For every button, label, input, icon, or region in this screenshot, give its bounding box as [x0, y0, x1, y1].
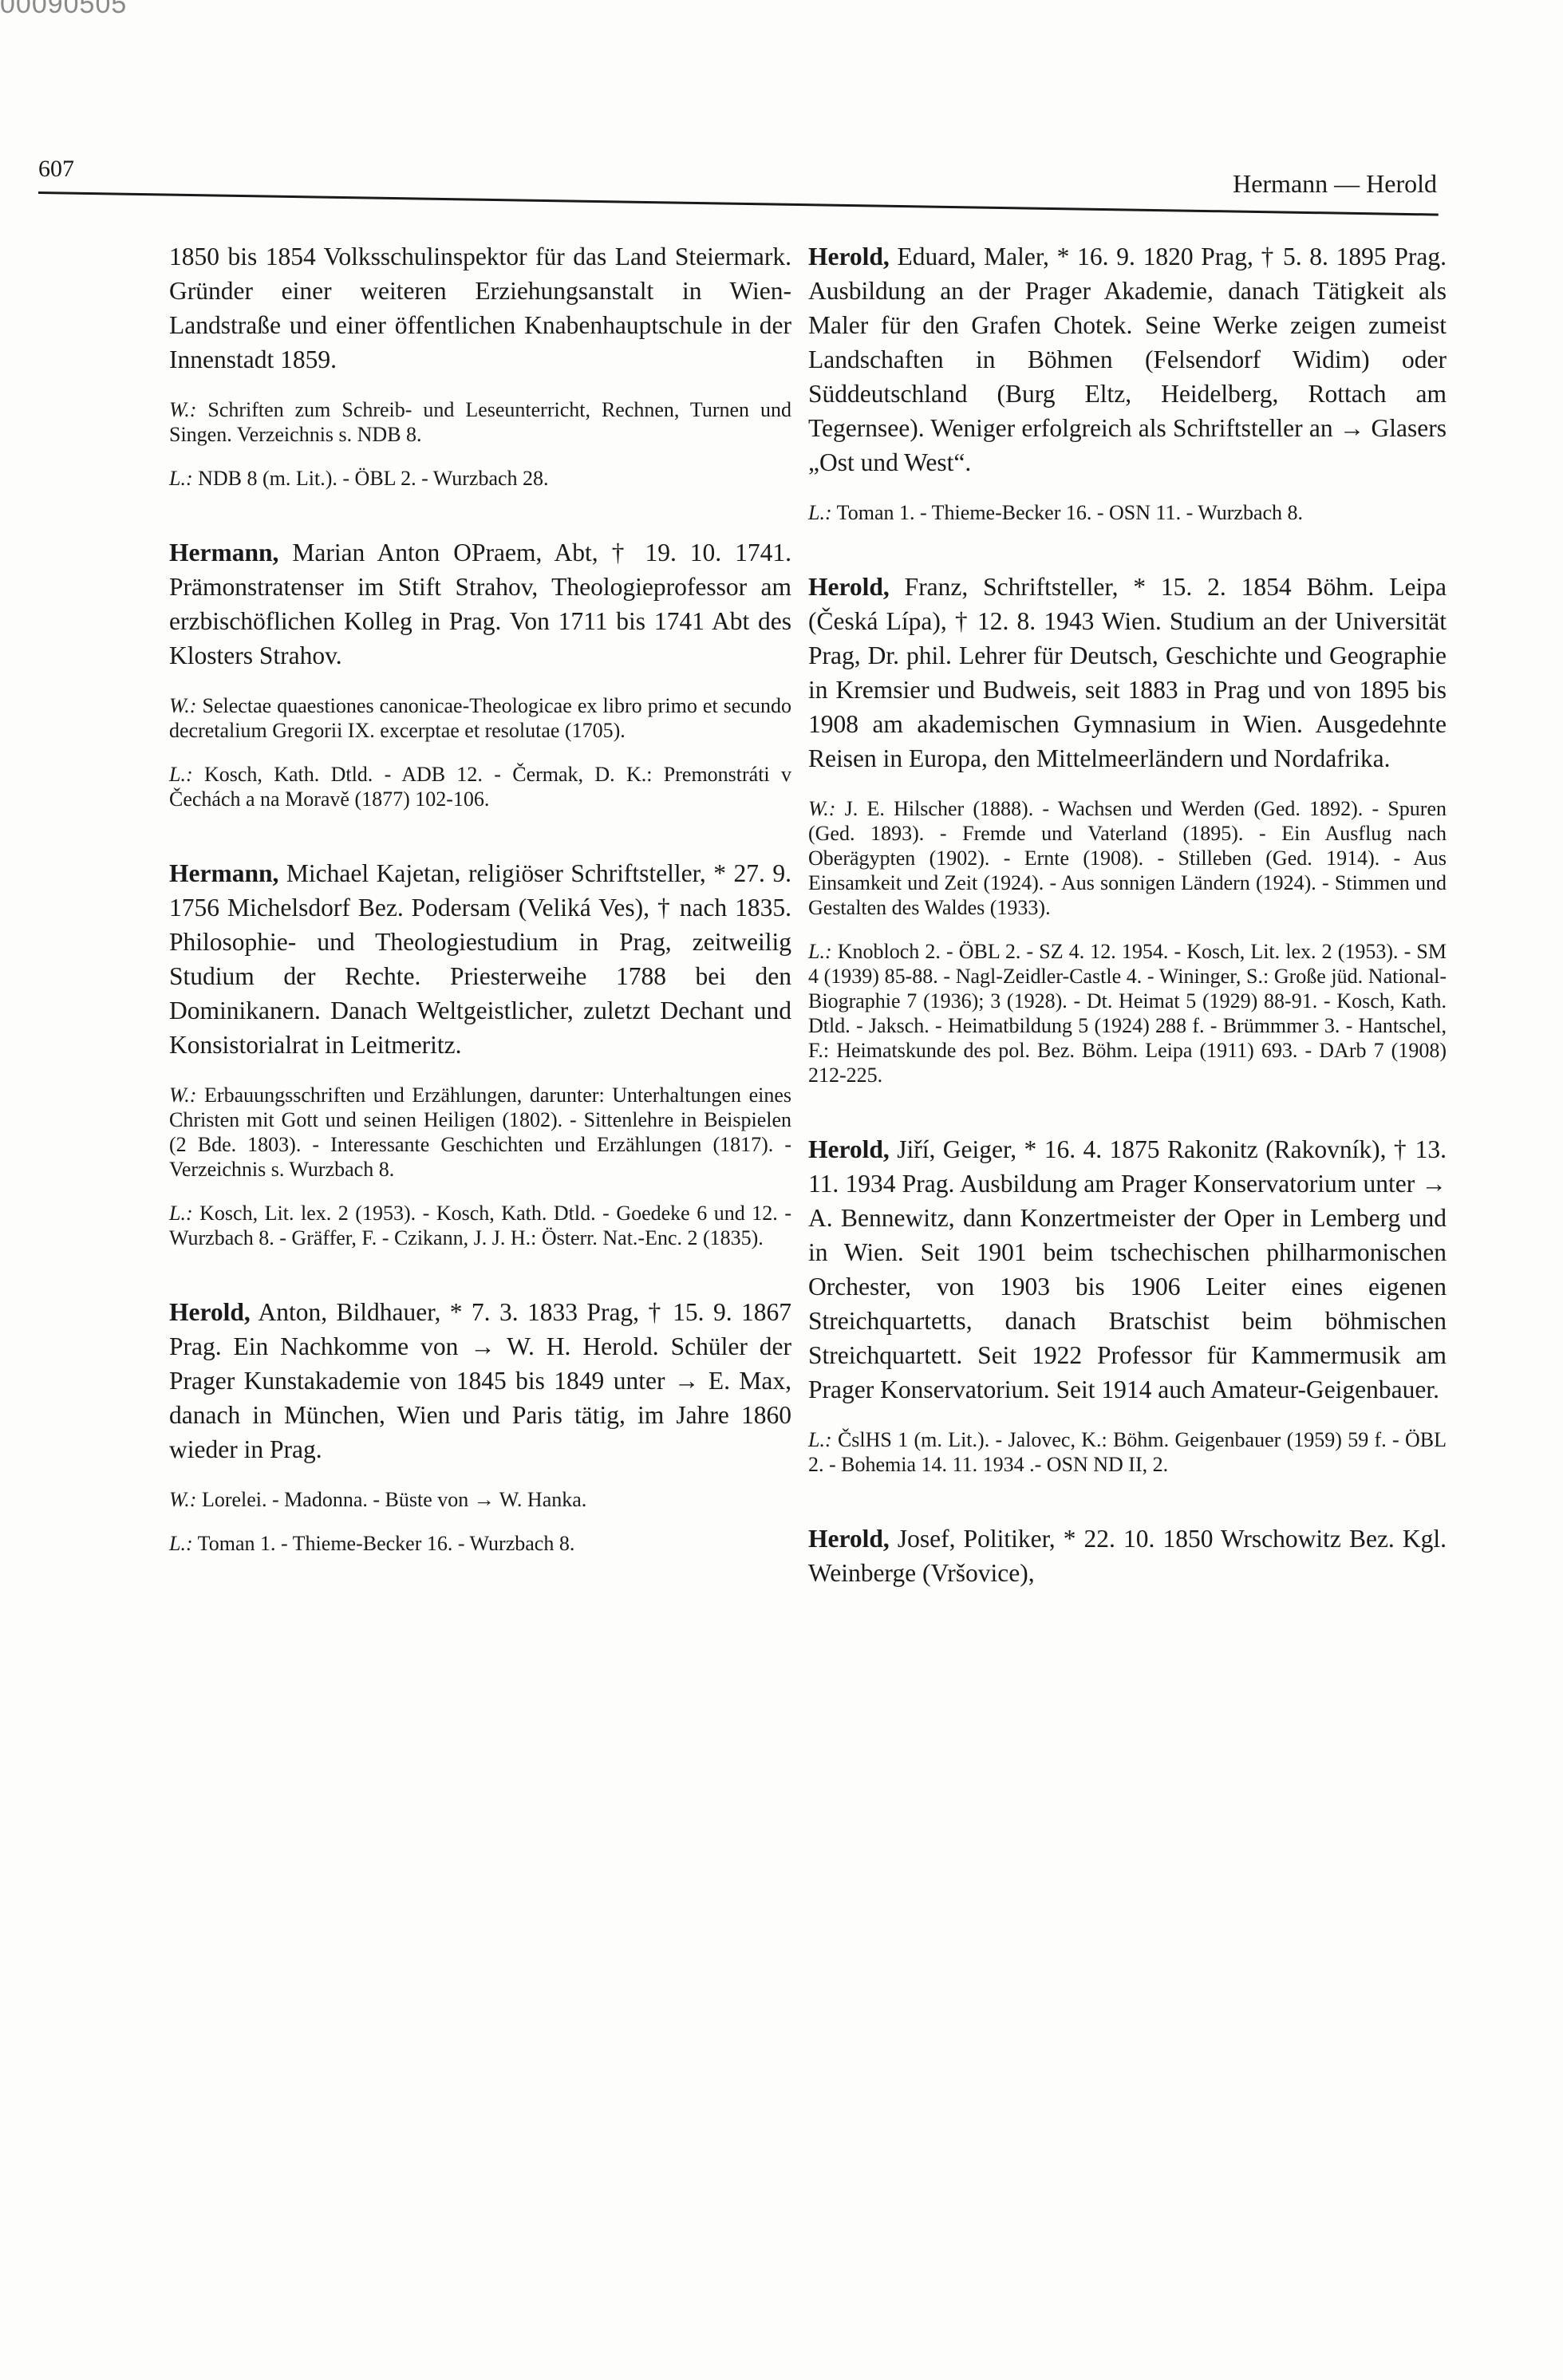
entry-body: Herold, Anton, Bildhauer, * 7. 3. 1833 P… [169, 1295, 791, 1466]
entry-hermann-marian: Hermann, Marian Anton OPraem, Abt, † 19.… [169, 535, 791, 811]
entry-herold-franz: Herold, Franz, Schriftsteller, * 15. 2. … [808, 570, 1447, 1087]
entry-body: Hermann, Michael Kajetan, religiöser Sch… [169, 856, 791, 1062]
works-list: W.: Erbauungsschriften und Erzählungen, … [169, 1083, 791, 1182]
headword: Hermann, [169, 539, 278, 566]
lit-text: Knobloch 2. - ÖBL 2. - SZ 4. 12. 1954. -… [808, 940, 1447, 1087]
entry-text: Anton, Bildhauer, * 7. 3. 1833 Prag, † 1… [169, 1298, 791, 1463]
lit-text: Kosch, Lit. lex. 2 (1953). - Kosch, Kath… [169, 1202, 791, 1249]
entry-hermann-michael: Hermann, Michael Kajetan, religiöser Sch… [169, 856, 791, 1250]
entry-text: Eduard, Maler, * 16. 9. 1820 Prag, † 5. … [808, 243, 1447, 476]
works-label: W.: [169, 694, 196, 717]
literature-list: L.: Toman 1. - Thieme-Becker 16. - Wurzb… [169, 1531, 791, 1556]
right-column: Herold, Eduard, Maler, * 16. 9. 1820 Pra… [808, 239, 1447, 1635]
scan-id: 00090505 [0, 0, 127, 20]
works-text: Lorelei. - Madonna. - Büste von → W. Han… [202, 1488, 586, 1511]
lit-text: ČslHS 1 (m. Lit.). - Jalovec, K.: Böhm. … [808, 1428, 1447, 1476]
literature-list: L.: Kosch, Kath. Dtld. - ADB 12. - Čerma… [169, 762, 791, 811]
literature-list: L.: ČslHS 1 (m. Lit.). - Jalovec, K.: Bö… [808, 1427, 1447, 1477]
headword: Herold, [808, 243, 890, 270]
lit-label: L.: [169, 1202, 193, 1225]
entry-body: Herold, Franz, Schriftsteller, * 15. 2. … [808, 570, 1447, 776]
works-list: W.: Schriften zum Schreib- und Leseunter… [169, 397, 791, 447]
literature-list: L.: Knobloch 2. - ÖBL 2. - SZ 4. 12. 195… [808, 939, 1447, 1087]
headword: Herold, [808, 573, 890, 601]
works-list: W.: Selectae quaestiones canonicae-Theol… [169, 693, 791, 743]
lit-label: L.: [808, 1428, 832, 1451]
running-head: Hermann — Herold [1233, 169, 1437, 199]
works-list: W.: J. E. Hilscher (1888). - Wachsen und… [808, 796, 1447, 920]
lit-text: NDB 8 (m. Lit.). - ÖBL 2. - Wurzbach 28. [198, 467, 548, 490]
works-label: W.: [169, 1488, 196, 1511]
entry-body: Herold, Jiří, Geiger, * 16. 4. 1875 Rako… [808, 1132, 1447, 1407]
header-rule [38, 191, 1439, 216]
works-label: W.: [169, 1083, 196, 1107]
entry-text: Michael Kajetan, religiöser Schriftstell… [169, 859, 791, 1059]
lit-text: Toman 1. - Thieme-Becker 16. - OSN 11. -… [837, 501, 1303, 524]
headword: Hermann, [169, 859, 278, 887]
works-text: Schriften zum Schreib- und Leseunterrich… [169, 398, 791, 446]
literature-list: L.: NDB 8 (m. Lit.). - ÖBL 2. - Wurzbach… [169, 466, 791, 491]
works-text: Selectae quaestiones canonicae-Theologic… [169, 694, 791, 742]
entry-body: Herold, Josef, Politiker, * 22. 10. 1850… [808, 1522, 1447, 1590]
headword: Herold, [169, 1298, 251, 1326]
entry-herold-anton: Herold, Anton, Bildhauer, * 7. 3. 1833 P… [169, 1295, 791, 1556]
headword: Herold, [808, 1525, 890, 1553]
lit-label: L.: [169, 1532, 193, 1555]
entry-body: Herold, Eduard, Maler, * 16. 9. 1820 Pra… [808, 239, 1447, 480]
entry-text: Josef, Politiker, * 22. 10. 1850 Wrschow… [808, 1525, 1447, 1587]
literature-list: L.: Kosch, Lit. lex. 2 (1953). - Kosch, … [169, 1201, 791, 1250]
lit-label: L.: [808, 501, 832, 524]
entry-herold-eduard: Herold, Eduard, Maler, * 16. 9. 1820 Pra… [808, 239, 1447, 525]
entry-herold-jiri: Herold, Jiří, Geiger, * 16. 4. 1875 Rako… [808, 1132, 1447, 1477]
literature-list: L.: Toman 1. - Thieme-Becker 16. - OSN 1… [808, 500, 1447, 525]
entry-body: 1850 bis 1854 Volksschulinspektor für da… [169, 239, 791, 377]
lit-label: L.: [169, 467, 193, 490]
left-column: 1850 bis 1854 Volksschulinspektor für da… [169, 239, 791, 1600]
headword: Herold, [808, 1135, 890, 1163]
entry-herold-josef: Herold, Josef, Politiker, * 22. 10. 1850… [808, 1522, 1447, 1590]
works-label: W.: [808, 797, 835, 820]
lit-label: L.: [808, 940, 832, 963]
works-label: W.: [169, 398, 196, 421]
entry-text: Franz, Schriftsteller, * 15. 2. 1854 Böh… [808, 573, 1447, 772]
works-text: Erbauungsschriften und Erzählungen, daru… [169, 1083, 791, 1181]
entry-body: Hermann, Marian Anton OPraem, Abt, † 19.… [169, 535, 791, 673]
lit-label: L.: [169, 763, 193, 786]
works-text: J. E. Hilscher (1888). - Wachsen und Wer… [808, 797, 1447, 919]
works-list: W.: Lorelei. - Madonna. - Büste von → W.… [169, 1487, 791, 1512]
page-number: 607 [38, 156, 74, 183]
entry-continuation: 1850 bis 1854 Volksschulinspektor für da… [169, 239, 791, 491]
lit-text: Toman 1. - Thieme-Becker 16. - Wurzbach … [198, 1532, 575, 1555]
entry-text: Jiří, Geiger, * 16. 4. 1875 Rakonitz (Ra… [808, 1135, 1447, 1403]
lit-text: Kosch, Kath. Dtld. - ADB 12. - Čermak, D… [169, 763, 791, 811]
